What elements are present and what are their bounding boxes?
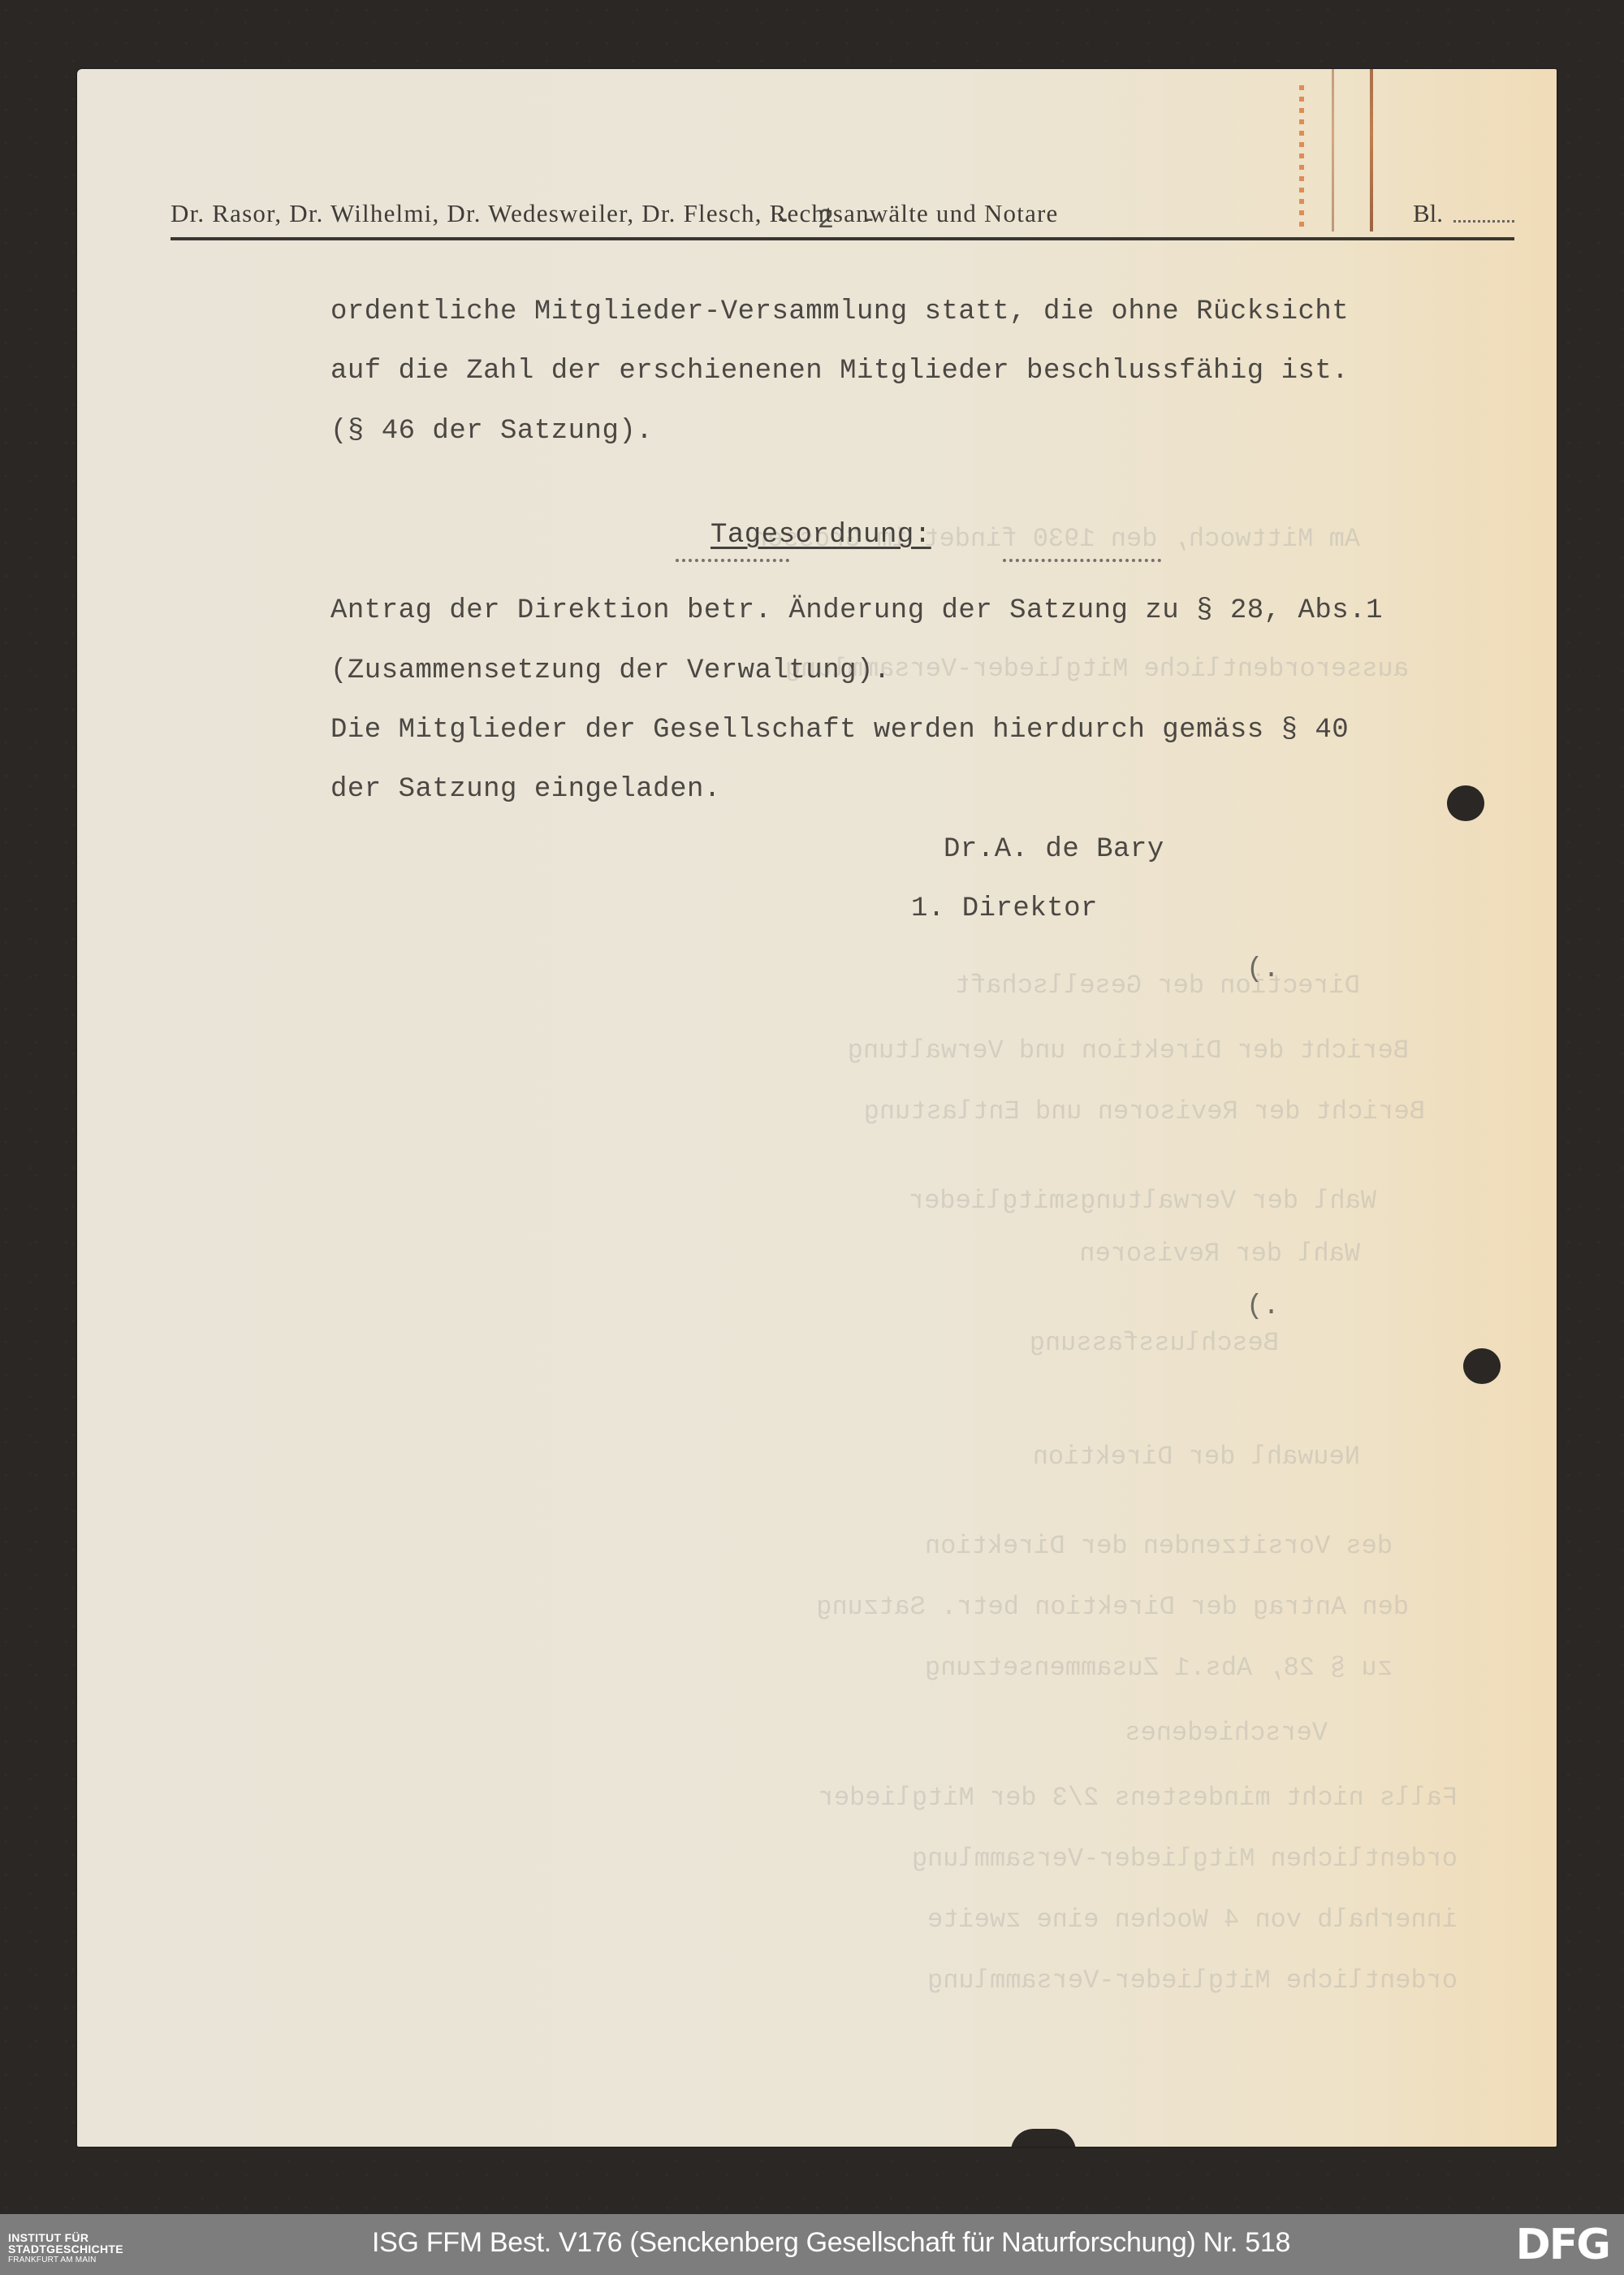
punch-hole — [1463, 1348, 1501, 1384]
sheet-label: Bl. — [1413, 199, 1443, 228]
bleed-through: innerhalb von 4 Wochen eine zweite — [191, 1905, 1458, 1935]
signature-title: 1. Direktor — [911, 893, 1098, 924]
letterhead-names: Dr. Rasor, Dr. Wilhelmi, Dr. Wedesweiler… — [171, 199, 1059, 227]
bleed-through: Falls nicht mindestens 2/3 der Mitgliede… — [191, 1783, 1458, 1813]
scan-area: - 2 - Dr. Rasor, Dr. Wilhelmi, Dr. Wedes… — [0, 0, 1624, 2214]
record-title: ISG FFM Best. V176 (Senckenberg Gesellsc… — [372, 2227, 1290, 2259]
bleed-through: des Vorsitzenden der Direktion — [191, 1531, 1393, 1561]
invitation-line: der Satzung eingeladen. — [330, 774, 721, 805]
signature-name: Dr.A. de Bary — [944, 834, 1164, 865]
bleed-through: ordentlichen Mitglieder-Versammlung — [191, 1844, 1458, 1874]
archive-footer: INSTITUT FÜR STADTGESCHICHTE FRANKFURT A… — [0, 2214, 1624, 2275]
invitation-line: Die Mitglieder der Gesellschaft werden h… — [330, 715, 1349, 746]
body-line: (§ 46 der Satzung). — [330, 416, 653, 447]
margin-mark: (. — [1246, 1291, 1280, 1322]
letterhead-rule — [171, 237, 1514, 240]
bleed-through: Neuwahl der Direktion — [223, 1442, 1360, 1472]
dfg-logo: DFG — [1516, 2224, 1609, 2266]
dotted-leader — [676, 559, 789, 562]
bleed-through: Wahl der Revisoren — [272, 1239, 1360, 1269]
agenda-item-line: (Zusammensetzung der Verwaltung). — [330, 655, 891, 686]
body-line: ordentliche Mitglieder-Versammlung statt… — [330, 296, 1349, 327]
institution-logo: INSTITUT FÜR STADTGESCHICHTE FRANKFURT A… — [8, 2232, 123, 2266]
bleed-through: Bericht der Revisoren und Entlastung — [223, 1096, 1425, 1127]
bleed-through: Verschiedenes — [272, 1718, 1328, 1748]
body-line: auf die Zahl der erschienenen Mitglieder… — [330, 356, 1349, 387]
bleed-through: zu § 28, Abs.1 Zusammensetzung — [272, 1653, 1393, 1683]
document-page: - 2 - Dr. Rasor, Dr. Wilhelmi, Dr. Wedes… — [77, 69, 1557, 2147]
bleed-through: ordentliche Mitglieder-Versammlung — [191, 1966, 1458, 1996]
institution-line-2: STADTGESCHICHTE — [8, 2243, 123, 2255]
agenda-item-line: Antrag der Direktion betr. Änderung der … — [330, 595, 1383, 626]
punch-hole — [1447, 785, 1484, 821]
bleed-through: Beschlussfassung — [467, 1328, 1279, 1358]
margin-mark: (. — [1246, 954, 1280, 985]
dotted-leader — [1003, 559, 1161, 562]
institution-line-3: FRANKFURT AM MAIN — [8, 2255, 123, 2266]
bleed-through: Bericht der Direktion und Verwaltung — [191, 1036, 1409, 1066]
bleed-through: den Antrag der Direktion betr. Satzung — [191, 1592, 1409, 1622]
bleed-through: Wahl der Verwaltungsmitglieder — [256, 1186, 1376, 1216]
bleed-through: Direction der Gesellschaft — [386, 971, 1360, 1001]
agenda-heading: Tagesordnung: — [710, 520, 931, 551]
letterhead: Dr. Rasor, Dr. Wilhelmi, Dr. Wedesweiler… — [171, 199, 1514, 240]
sheet-number-blank — [1453, 220, 1514, 223]
institution-line-1: INSTITUT FÜR — [8, 2232, 123, 2243]
